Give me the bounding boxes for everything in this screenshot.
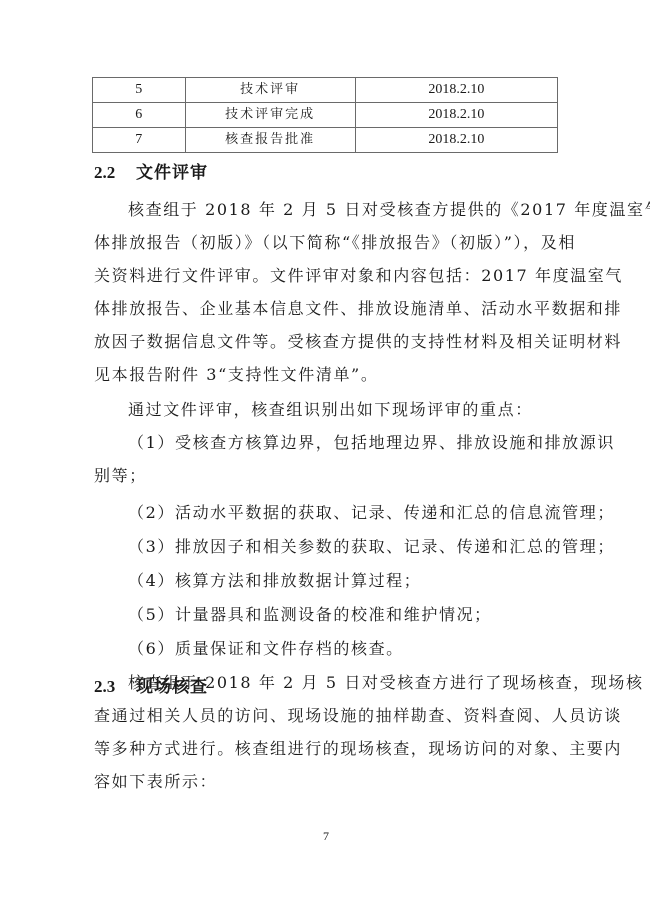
paragraph-line: 容如下表所示： (94, 771, 217, 793)
focus-point: （5）计量器具和监测设备的校准和维护情况； (128, 604, 492, 626)
section-heading-2-2: 2.2文件评审 (94, 162, 208, 184)
paragraph-line: 体排放报告、企业基本信息文件、排放设施清单、活动水平数据和排 (94, 298, 622, 320)
row-date: 2018.2.10 (355, 103, 557, 128)
paragraph-line: 见本报告附件 3“支持性文件清单”。 (94, 364, 378, 386)
table-row: 5 技术评审 2018.2.10 (93, 78, 558, 103)
document-page: 5 技术评审 2018.2.10 6 技术评审完成 2018.2.10 7 核查… (0, 0, 650, 900)
row-date: 2018.2.10 (355, 78, 557, 103)
section-number: 2.2 (94, 162, 136, 184)
paragraph-line: 查通过相关人员的访问、现场设施的抽样勘查、资料查阅、人员访谈 (94, 705, 622, 727)
page-number: 7 (321, 829, 331, 844)
row-number: 5 (93, 78, 186, 103)
row-number: 6 (93, 103, 186, 128)
row-date: 2018.2.10 (355, 128, 557, 153)
section-title: 文件评审 (136, 163, 208, 183)
schedule-table: 5 技术评审 2018.2.10 6 技术评审完成 2018.2.10 7 核查… (92, 77, 558, 153)
focus-point: （3）排放因子和相关参数的获取、记录、传递和汇总的管理； (128, 536, 615, 558)
paragraph-line: 放因子数据信息文件等。受核查方提供的支持性材料及相关证明材料 (94, 331, 622, 353)
focus-point: （1）受核查方核算边界，包括地理边界、排放设施和排放源识 (128, 432, 615, 454)
table-row: 7 核查报告批准 2018.2.10 (93, 128, 558, 153)
intro-line: 通过文件评审，核查组识别出如下现场评审的重点： (128, 399, 533, 421)
row-item: 技术评审完成 (185, 103, 355, 128)
row-item: 技术评审 (185, 78, 355, 103)
focus-point-continuation: 别等； (94, 465, 147, 487)
row-item: 核查报告批准 (185, 128, 355, 153)
row-number: 7 (93, 128, 186, 153)
focus-point: （2）活动水平数据的获取、记录、传递和汇总的信息流管理； (128, 502, 615, 524)
paragraph-line: 体排放报告（初版）》（以下简称“《排放报告》（初版）”），及相 (94, 232, 576, 254)
paragraph-line: 核查组于 2018 年 2 月 5 日对受核查方提供的《2017 年度温室气 (128, 199, 650, 221)
focus-point: （6）质量保证和文件存档的核查。 (128, 638, 404, 660)
paragraph-line: 核查组于 2018 年 2 月 5 日对受核查方进行了现场核查，现场核 (128, 672, 644, 694)
paragraph-line: 等多种方式进行。核查组进行的现场核查，现场访问的对象、主要内 (94, 738, 622, 760)
focus-point: （4）核算方法和排放数据计算过程； (128, 570, 421, 592)
table-row: 6 技术评审完成 2018.2.10 (93, 103, 558, 128)
paragraph-line: 关资料进行文件评审。文件评审对象和内容包括：2017 年度温室气 (94, 265, 623, 287)
